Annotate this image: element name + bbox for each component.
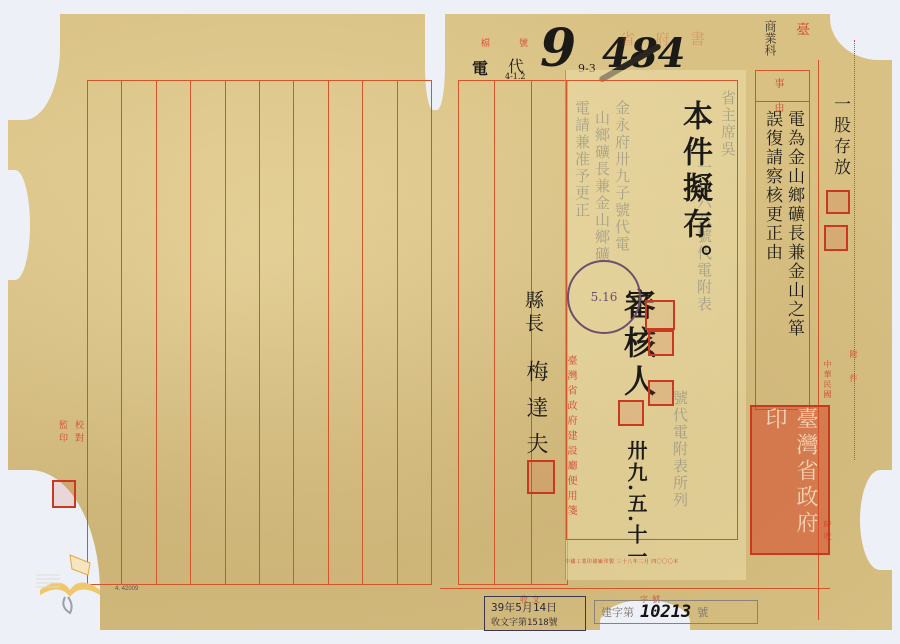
postmark-date: 5.16 [591,290,618,304]
proof-label: 校對 [72,420,85,446]
file-label: 檔 [478,38,491,51]
reviewer-seal [648,380,674,406]
subject-text-line-2: 誤復請察核更正由 [760,110,785,262]
faint-header-char: 府 [655,30,690,48]
document-number-stamp: 建字第 10213 號 [594,600,758,624]
reviewer-seal [618,400,644,426]
archive-logo-icon [30,545,110,615]
faint-seal [645,300,675,330]
torn-edge [0,630,900,644]
draft-line: 山鄉礦長兼金山鄉礦 [592,110,613,263]
attachment-label: 附件 [848,350,859,398]
form-title: 臺 [792,22,812,40]
postmark: 5.16 [567,260,641,334]
bottom-rule [440,588,830,589]
reviewer-seal [648,330,674,356]
date-label: 中華民國 [822,360,833,400]
doc-number-suffix: 號 [697,604,708,620]
clerk-seal [824,225,848,251]
faint-header-char: 書 [690,30,725,48]
receipt-stamp: 39年5月14日 收文字第1518號 [484,596,586,631]
torn-edge [0,0,900,14]
receipt-number: 收文字第1518號 [491,615,579,628]
signature-title: 縣長 [520,290,547,336]
seal-label: 監印 [56,420,69,446]
attachment-char: 件 [849,374,858,398]
left-ruled-page [87,80,432,585]
signature-name: 梅達夫 [520,360,551,468]
draft-line: 省主席吳 [718,90,739,158]
torn-edge [860,470,900,570]
margin-handwritten: 一股存放 [828,95,853,179]
official-seal: 臺灣省政府印 [750,405,830,555]
annotation-main: 本件擬存。 [672,100,716,280]
form-code: 4. 42009 [115,586,138,592]
review-date: 卅九.五.十一 [622,440,651,568]
doc-number-prefix: 建字第 [601,604,634,620]
number-label: 號 [516,38,529,51]
magistrate-seal [527,460,555,494]
printer-line: 中國工業印刷廠印製 三十八年二月 四〇〇〇本 [565,558,679,565]
draft-line: 金永府卅九子號代電 [612,100,633,253]
dept-stamp: 商業科 [762,20,779,56]
torn-edge [0,170,30,280]
attachment-char: 附 [849,350,858,374]
draft-line: 號代電附表所列 [670,390,691,509]
draft-line: 電請兼准予更正 [572,100,593,219]
doc-number: 10213 [640,602,691,622]
faint-header: 省府書 [620,28,725,49]
clerk-seal [826,190,850,214]
faint-header-char: 省 [620,30,655,48]
stationery-label: 臺灣省政府建設廳便用箋 [563,355,578,520]
header-mark: 電 [472,56,488,79]
receipt-date: 39年5月14日 [491,599,579,615]
middle-ruled-page [458,80,568,585]
subject-text-line-1: 電為金山鄉礦長兼金山之箪 [782,110,807,338]
proofreader-seal [52,480,76,508]
